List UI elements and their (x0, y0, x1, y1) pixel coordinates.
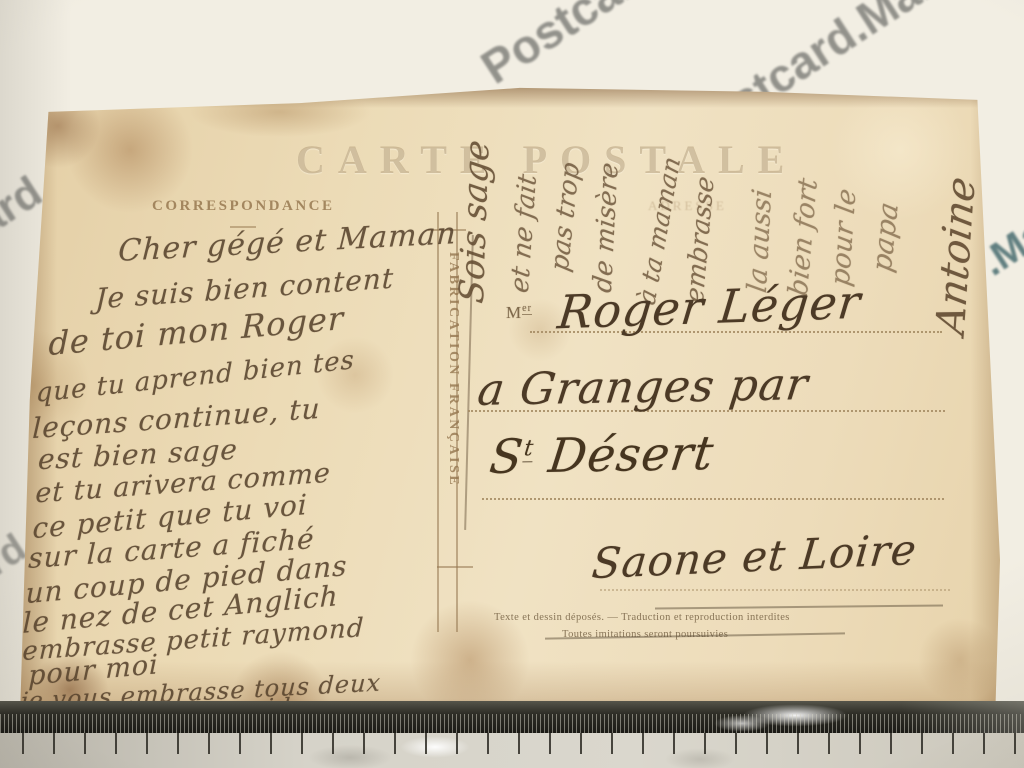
address-honorific: Mer (506, 303, 532, 323)
ruler (0, 701, 1024, 768)
message-line: Cher gégé et Maman (117, 216, 457, 269)
address-dotted-line (600, 589, 950, 591)
vertical-note: pour le (825, 186, 862, 288)
vertical-note: de misère (588, 160, 625, 294)
watermark-top-center: Postcard (471, 0, 670, 95)
ruler-cm-ticks (0, 733, 1024, 754)
vertical-note: Sois sage (452, 138, 498, 306)
address-line-3: St Désert (487, 426, 718, 485)
postcard: CARTE POSTALE CORRESPONDANCE ADRESSE FAB… (18, 86, 1000, 718)
ruler-mm-ticks (0, 714, 1024, 733)
ruler-face (0, 733, 1024, 768)
divider-tick-bottom (437, 566, 473, 568)
vertical-note: et ne fait (505, 172, 543, 295)
address-dotted-line (482, 498, 944, 500)
legal-print-line-1: Texte et dessin déposés. — Traduction et… (494, 612, 790, 623)
card-title: CARTE POSTALE (296, 136, 797, 183)
sender-signature: Antoine (928, 173, 985, 338)
divider-line-left (437, 212, 439, 632)
photo-of-postcard: Postcard stcard.Market ard .Mark ard CAR… (0, 0, 1024, 768)
pencil-strike (655, 604, 943, 609)
address-recipient-name: Roger Léger (555, 275, 864, 340)
correspondance-label: CORRESPONDANCE (152, 198, 335, 215)
address-line-4: Saone et Loire (590, 525, 919, 588)
vertical-note: papa (865, 199, 905, 275)
address-line-2: a Granges par (475, 359, 811, 416)
ruler-mm-edge (0, 701, 1024, 733)
